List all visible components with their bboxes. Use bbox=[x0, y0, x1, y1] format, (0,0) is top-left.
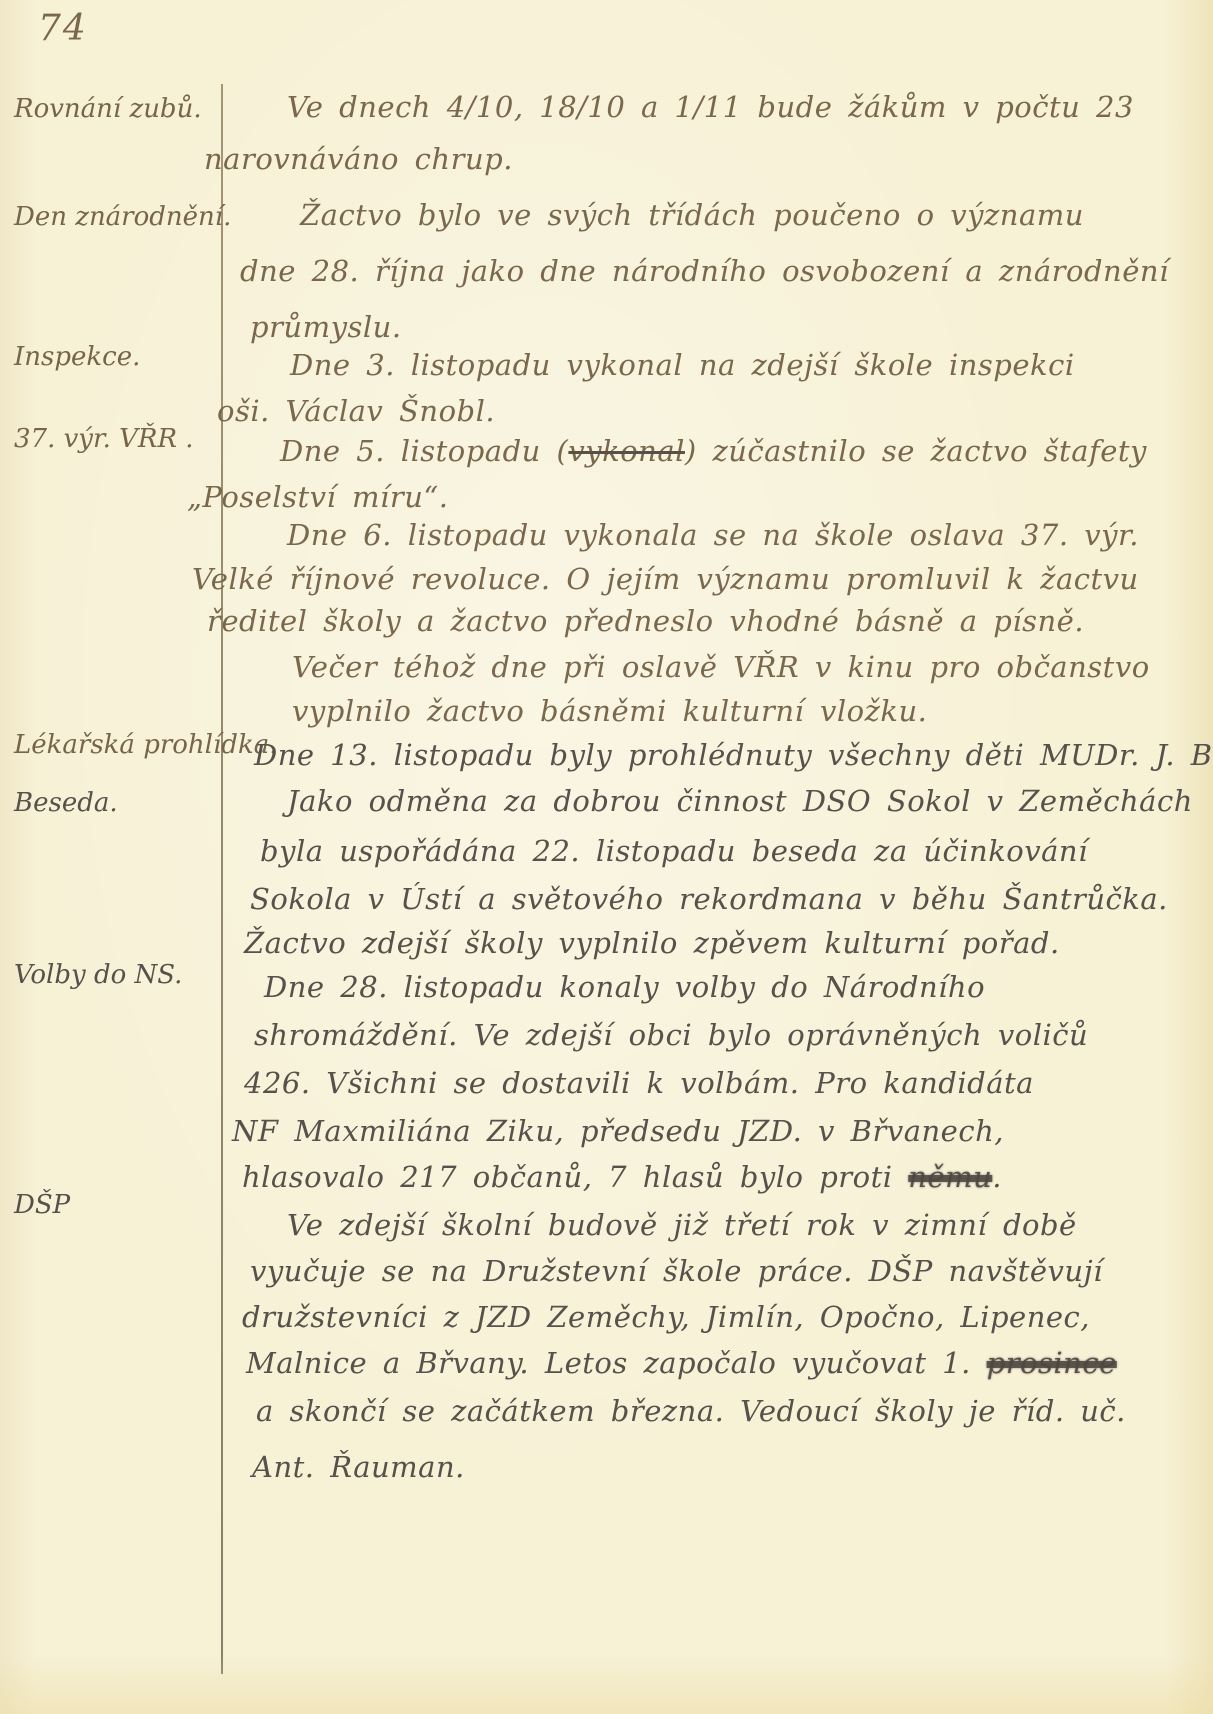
margin-note-den-znarodneni: Den znárodnění. bbox=[14, 202, 214, 232]
text-line: Sokola v Ústí a světového rekordmana v b… bbox=[250, 880, 1168, 918]
text-line: Dne 5. listopadu (vykonal) zúčastnilo se… bbox=[280, 432, 1147, 470]
margin-note-volby-do-ns: Volby do NS. bbox=[14, 960, 182, 990]
margin-note-beseda: Beseda. bbox=[14, 788, 118, 818]
chronicle-page: 74 Rovnání zubů. Den znárodnění. Inspekc… bbox=[0, 0, 1213, 1714]
text-line: Večer téhož dne při oslavě VŘR v kinu pr… bbox=[292, 648, 1150, 686]
margin-note-vyroci-vrr: 37. výr. VŘR . bbox=[14, 424, 194, 454]
struck-text: prosince bbox=[987, 1346, 1117, 1380]
text-line: Dne 6. listopadu vykonala se na škole os… bbox=[287, 516, 1139, 554]
text-line: Velké říjnové revoluce. O jejím významu … bbox=[192, 560, 1139, 598]
text-line: Dne 28. listopadu konaly volby do Národn… bbox=[264, 968, 985, 1006]
text-line: „Poselství míru“. bbox=[187, 478, 448, 516]
text-line: družstevníci z JZD Zeměchy, Jimlín, Opoč… bbox=[242, 1298, 1090, 1336]
text-line: shromáždění. Ve zdejší obci bylo oprávně… bbox=[254, 1016, 1088, 1054]
text-line: Ve zdejší školní budově již třetí rok v … bbox=[287, 1206, 1077, 1244]
text-line: Dne 13. listopadu byly prohlédnuty všech… bbox=[254, 736, 1213, 774]
text-line: byla uspořádána 22. listopadu beseda za … bbox=[260, 832, 1088, 870]
text-line: Žactvo bylo ve svých třídách poučeno o v… bbox=[300, 196, 1084, 234]
text-line: průmyslu. bbox=[250, 308, 402, 346]
text-line: oši. Václav Šnobl. bbox=[217, 392, 495, 430]
text-line: a skončí se začátkem března. Vedoucí ško… bbox=[256, 1392, 1126, 1430]
text-line: vyplnilo žactvo básněmi kulturní vložku. bbox=[292, 692, 927, 730]
margin-note-dsp: DŠP bbox=[14, 1190, 70, 1220]
text-line: 426. Všichni se dostavili k volbám. Pro … bbox=[244, 1064, 1034, 1102]
margin-rule-line bbox=[221, 84, 223, 1674]
text-line: Ant. Řauman. bbox=[252, 1448, 465, 1486]
margin-note-inspekce: Inspekce. bbox=[14, 342, 140, 372]
text-line: dne 28. října jako dne národního osvoboz… bbox=[240, 252, 1169, 290]
text-line: Žactvo zdejší školy vyplnilo zpěvem kult… bbox=[244, 924, 1060, 962]
text-line: vyučuje se na Družstevní škole práce. DŠ… bbox=[250, 1252, 1103, 1290]
text-line: NF Maxmiliána Ziku, předsedu JZD. v Břva… bbox=[232, 1112, 1004, 1150]
text-line: Dne 3. listopadu vykonal na zdejší škole… bbox=[290, 346, 1075, 384]
page-number: 74 bbox=[38, 8, 88, 49]
text-line: Malnice a Břvany. Letos započalo vyučova… bbox=[246, 1344, 1117, 1382]
text-line: Ve dnech 4/10, 18/10 a 1/11 bude žákům v… bbox=[287, 88, 1134, 126]
text-line: hlasovalo 217 občanů, 7 hlasů bylo proti… bbox=[242, 1158, 1002, 1196]
text-line: Jako odměna za dobrou činnost DSO Sokol … bbox=[287, 782, 1193, 820]
text-line: ředitel školy a žactvo předneslo vhodné … bbox=[207, 602, 1084, 640]
struck-text: němu bbox=[908, 1160, 992, 1194]
margin-note-rovnani-zubu: Rovnání zubů. bbox=[14, 94, 202, 124]
margin-note-lekarska-prohlidka: Lékařská prohlídka. bbox=[14, 730, 214, 760]
text-line: narovnáváno chrup. bbox=[204, 140, 513, 178]
struck-text: vykonal bbox=[568, 434, 685, 468]
